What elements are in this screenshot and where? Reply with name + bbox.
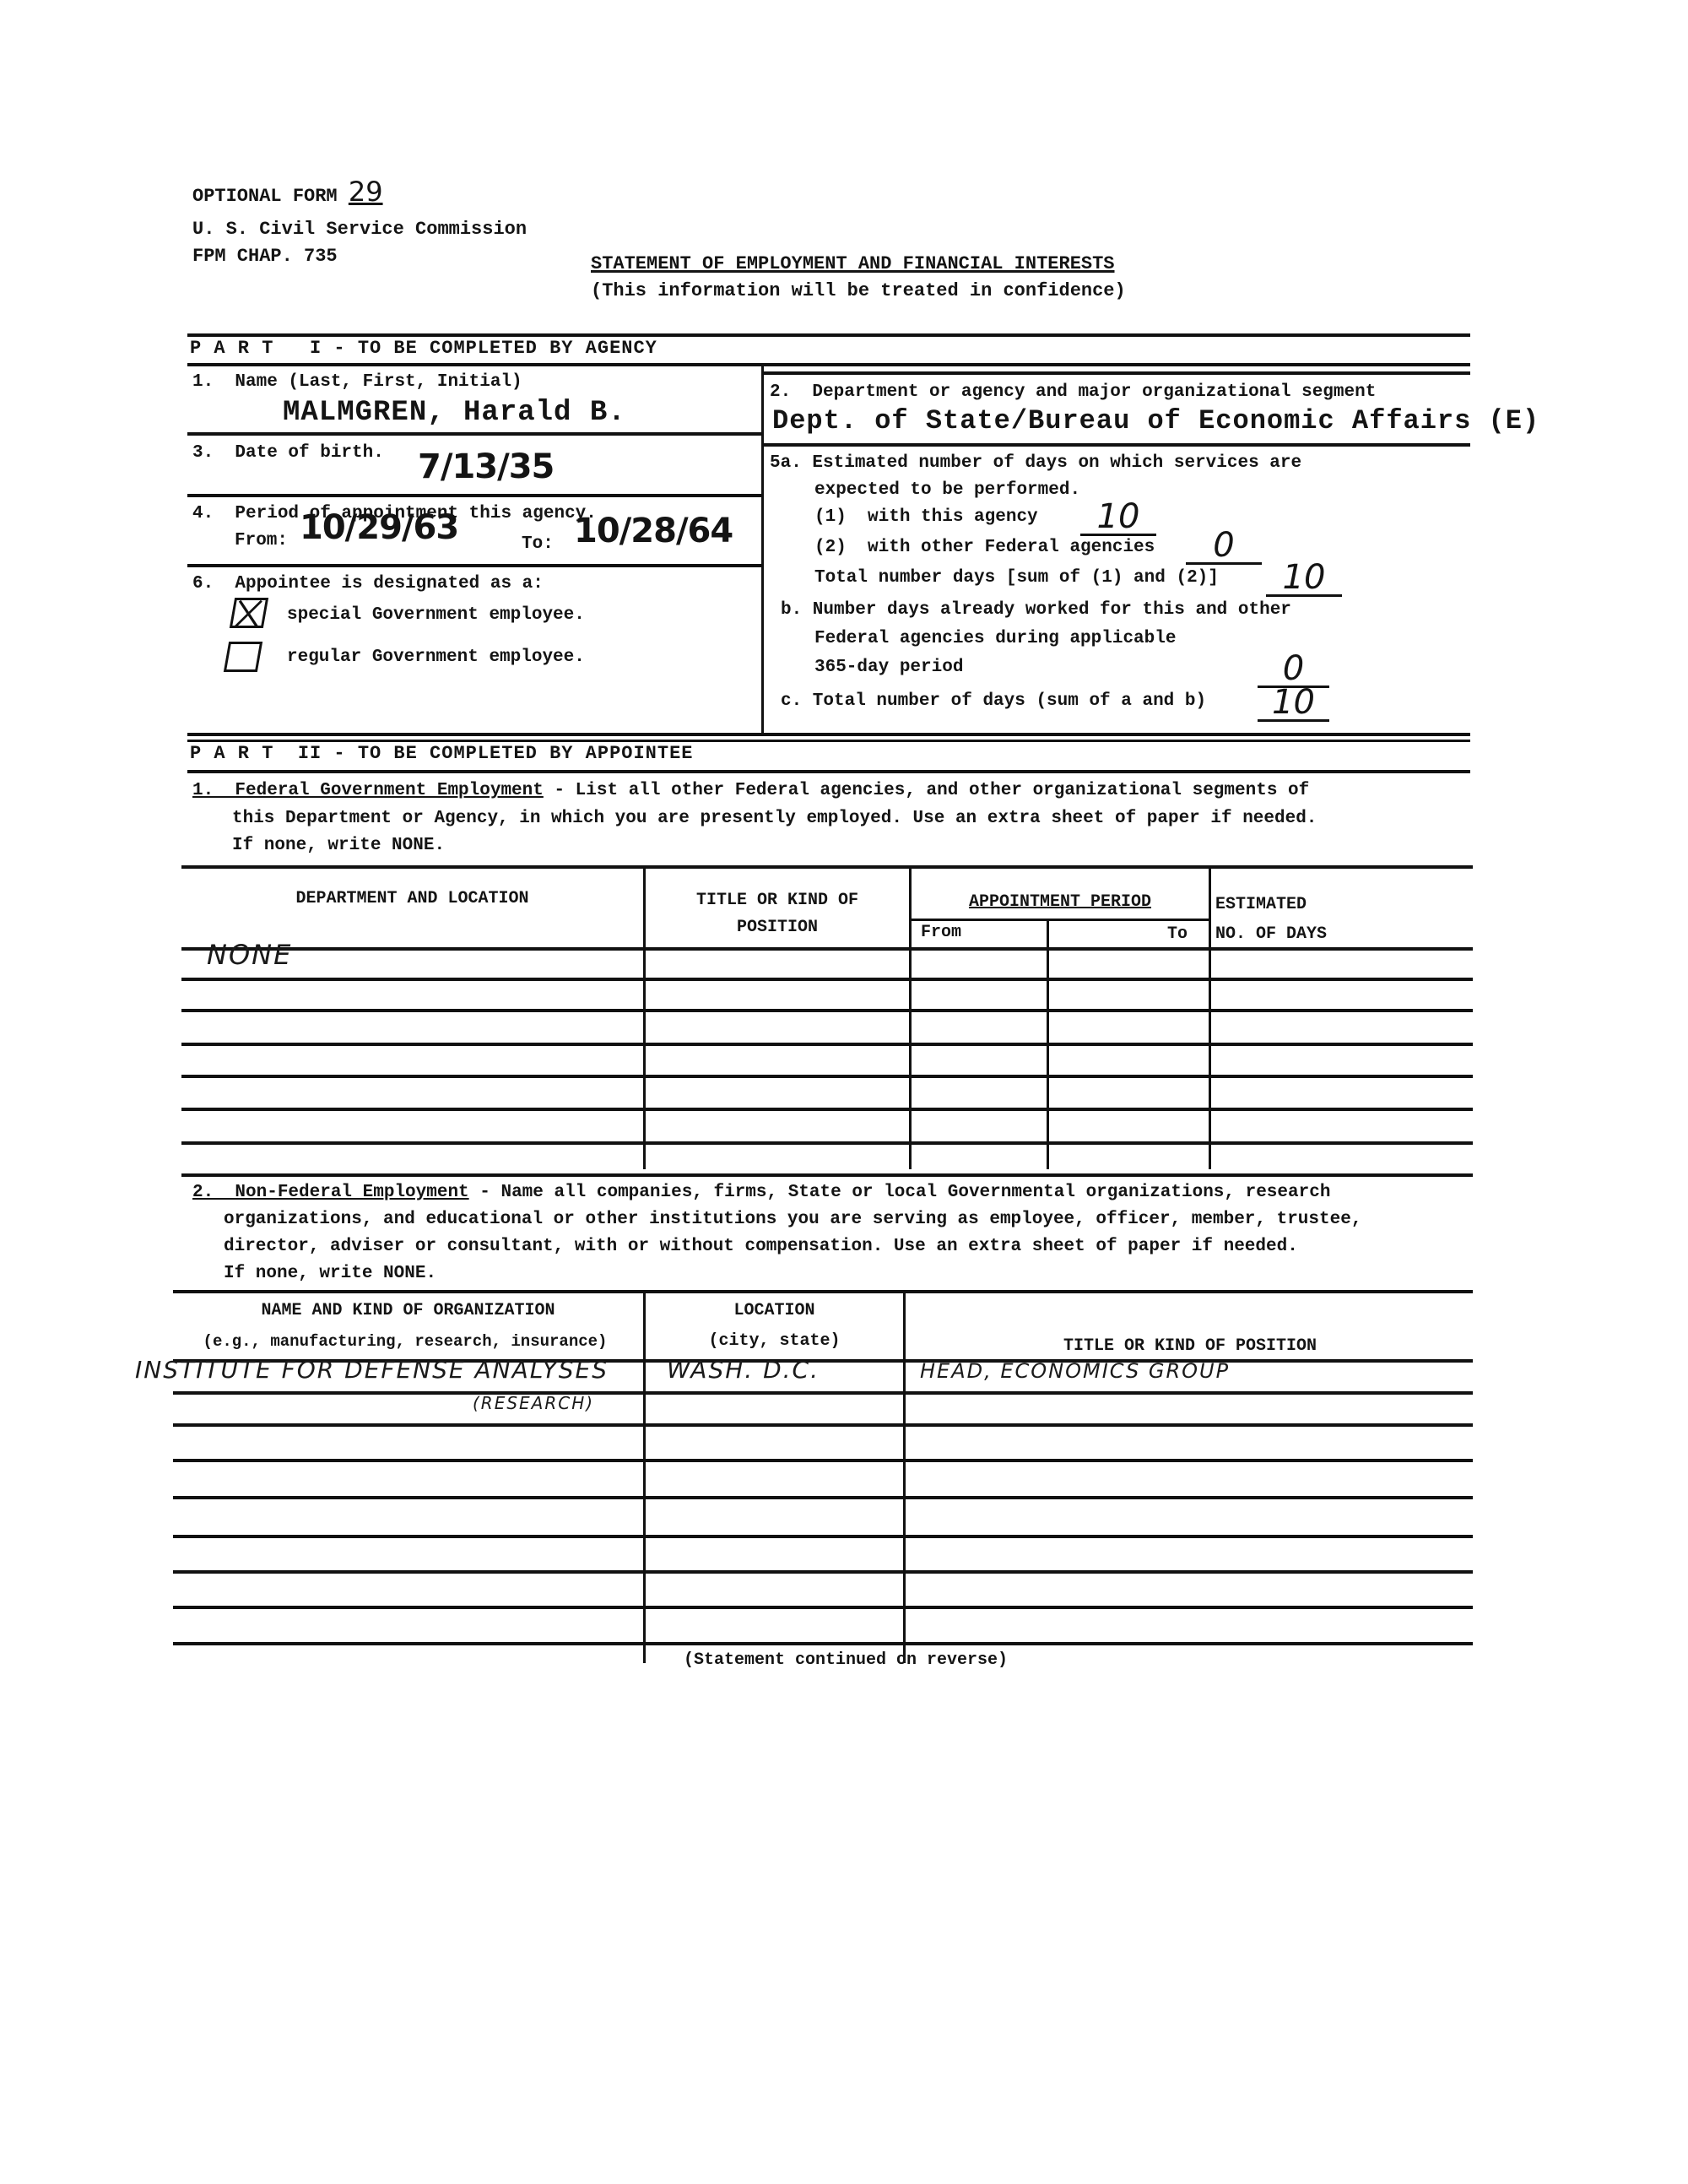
- divider: [761, 363, 764, 734]
- table-row: [173, 1642, 1473, 1645]
- table-row: [181, 978, 1473, 981]
- federal-employment-intro: 1. Federal Government Employment - List …: [192, 777, 1309, 805]
- divider: [173, 1290, 1473, 1293]
- table-row: [173, 1570, 1473, 1574]
- divider: [187, 494, 761, 497]
- form-subtitle: (This information will be treated in con…: [591, 280, 1126, 301]
- divider: [187, 432, 761, 436]
- divider: [187, 333, 1470, 337]
- nonfederal-employment-title: 2. Non-Federal Employment: [192, 1183, 469, 1202]
- col-dept-location: DEPARTMENT AND LOCATION: [181, 885, 643, 913]
- divider: [187, 564, 761, 567]
- col-location-sub: (city, state): [646, 1327, 903, 1356]
- divider: [187, 363, 1470, 366]
- dob-label: 3. Date of birth.: [192, 439, 384, 468]
- to-value[interactable]: 10/28/64: [574, 512, 733, 550]
- col-position: TITLE OR KIND OF POSITION: [907, 1332, 1473, 1361]
- divider: [761, 443, 1470, 447]
- chapter-ref: FPM CHAP. 735: [192, 242, 338, 271]
- total-days-value[interactable]: 10: [1266, 561, 1342, 597]
- nonfederal-employment-desc-2: organizations, and educational or other …: [224, 1206, 1361, 1234]
- table-row: [181, 1108, 1473, 1111]
- continued-note: (Statement continued on reverse): [684, 1650, 1008, 1670]
- with-agency-value[interactable]: 10: [1080, 500, 1156, 536]
- nonfederal-employment-desc-3: director, adviser or consultant, with or…: [224, 1233, 1298, 1261]
- col-from: From: [916, 919, 966, 947]
- part1-heading: P A R T I - TO BE COMPLETED BY AGENCY: [190, 338, 657, 359]
- days-5a-label: 5a. Estimated number of days on which se…: [770, 449, 1301, 478]
- table-row: [173, 1423, 1473, 1427]
- table-row: [181, 1173, 1473, 1177]
- col-appointment-period: APPOINTMENT PERIOD: [912, 888, 1209, 917]
- nonfederal-row-1-position[interactable]: HEAD, ECONOMICS GROUP: [920, 1359, 1230, 1383]
- table-row: [181, 1043, 1473, 1046]
- form-id: OPTIONAL FORM 29: [192, 177, 383, 211]
- other-federal-label: (2) with other Federal agencies: [814, 534, 1155, 562]
- divider: [1209, 865, 1211, 1169]
- nonfederal-employment-desc: - Name all companies, firms, State or lo…: [469, 1183, 1331, 1202]
- federal-row-1-dept[interactable]: NONE: [207, 939, 292, 971]
- department-value[interactable]: Dept. of State/Bureau of Economic Affair…: [772, 405, 1539, 436]
- col-location: LOCATION: [646, 1297, 903, 1325]
- divider: [187, 740, 1470, 742]
- dob-value[interactable]: 7/13/35: [418, 447, 554, 486]
- table-row: [173, 1606, 1473, 1609]
- days-c-value[interactable]: 10: [1258, 686, 1329, 722]
- federal-employment-desc: - List all other Federal agencies, and o…: [544, 781, 1309, 800]
- nonfederal-employment-desc-4: If none, write NONE.: [224, 1260, 436, 1288]
- col-days-1: ESTIMATED: [1215, 891, 1342, 919]
- agency-name: U. S. Civil Service Commission: [192, 215, 527, 244]
- nonfederal-employment-intro: 2. Non-Federal Employment - Name all com…: [192, 1179, 1330, 1207]
- days-5a-label-cont: expected to be performed.: [814, 476, 1080, 505]
- table-row: [173, 1535, 1473, 1538]
- days-c-label: c. Total number of days (sum of a and b): [781, 687, 1206, 716]
- col-days-2: NO. OF DAYS: [1215, 920, 1367, 949]
- nonfederal-row-1-org-kind[interactable]: (RESEARCH): [473, 1393, 594, 1413]
- federal-employment-desc-3: If none, write NONE.: [232, 832, 445, 860]
- form-number: 29: [349, 176, 383, 208]
- table-row: [173, 1459, 1473, 1462]
- special-employee-label: special Government employee.: [287, 601, 585, 630]
- table-row: [181, 1141, 1473, 1145]
- name-label: 1. Name (Last, First, Initial): [192, 368, 522, 397]
- name-value[interactable]: MALMGREN, Harald B.: [283, 397, 626, 429]
- regular-employee-label: regular Government employee.: [287, 643, 585, 672]
- to-label: To:: [522, 530, 554, 559]
- designation-label: 6. Appointee is designated as a:: [192, 570, 544, 599]
- special-employee-checkbox[interactable]: [230, 598, 268, 628]
- col-title-1: TITLE OR KIND OF: [646, 886, 909, 915]
- department-label: 2. Department or agency and major organi…: [770, 378, 1376, 407]
- table-row: [181, 1009, 1473, 1012]
- part2-heading: P A R T II - TO BE COMPLETED BY APPOINTE…: [190, 743, 694, 764]
- from-value[interactable]: 10/29/63: [300, 508, 458, 547]
- divider: [187, 770, 1470, 773]
- divider: [181, 865, 1473, 869]
- other-federal-value[interactable]: 0: [1186, 528, 1262, 565]
- table-row: [173, 1496, 1473, 1499]
- days-b-label: b. Number days already worked for this a…: [781, 596, 1291, 625]
- table-row: [181, 1075, 1473, 1078]
- col-org-name: NAME AND KIND OF ORGANIZATION: [173, 1297, 643, 1325]
- divider: [187, 733, 1470, 736]
- col-title-2: POSITION: [646, 913, 909, 942]
- col-org-kind: (e.g., manufacturing, research, insuranc…: [165, 1327, 646, 1356]
- nonfederal-row-1-location[interactable]: WASH. D.C.: [667, 1356, 820, 1384]
- divider: [761, 371, 1470, 375]
- days-b-label-period: 365-day period: [814, 653, 963, 682]
- form-title: STATEMENT OF EMPLOYMENT AND FINANCIAL IN…: [591, 253, 1115, 274]
- from-label: From:: [235, 527, 288, 555]
- federal-employment-desc-2: this Department or Agency, in which you …: [232, 805, 1317, 833]
- with-agency-label: (1) with this agency: [814, 503, 1038, 532]
- table-row: [173, 1391, 1473, 1395]
- regular-employee-checkbox[interactable]: [224, 642, 262, 672]
- nonfederal-row-1-org[interactable]: INSTITUTE FOR DEFENSE ANALYSES: [135, 1356, 609, 1384]
- col-to: To: [1156, 920, 1198, 949]
- days-b-label-cont: Federal agencies during applicable: [814, 625, 1176, 653]
- form-label: OPTIONAL FORM: [192, 186, 338, 207]
- total-days-label: Total number days [sum of (1) and (2)]: [814, 564, 1219, 593]
- divider: [181, 947, 1473, 951]
- federal-employment-title: 1. Federal Government Employment: [192, 781, 544, 800]
